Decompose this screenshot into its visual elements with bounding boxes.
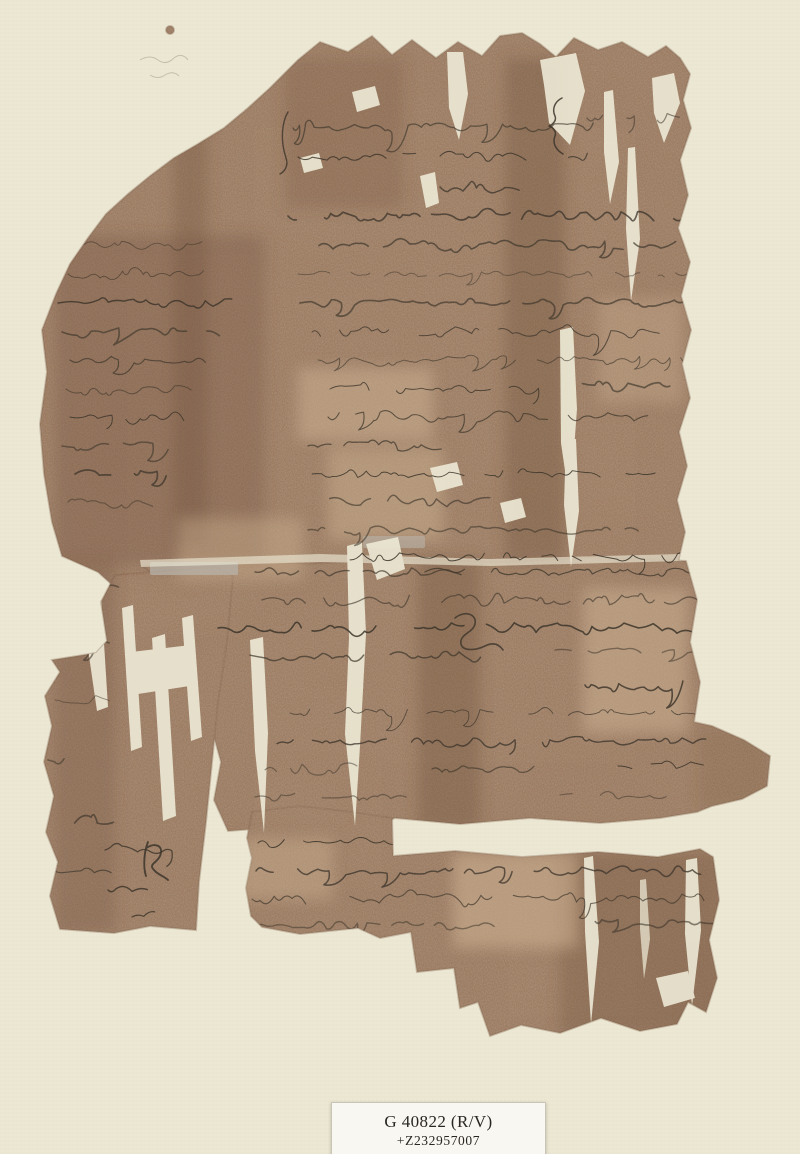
barcode-number: +Z232957007 [332,1133,545,1149]
inventory-number: G 40822 (R/V) [332,1112,545,1132]
inventory-label-card: G 40822 (R/V) +Z232957007 [331,1102,546,1154]
scan-page: G 40822 (R/V) +Z232957007 [0,0,800,1154]
papyrus-photo [0,0,800,1154]
